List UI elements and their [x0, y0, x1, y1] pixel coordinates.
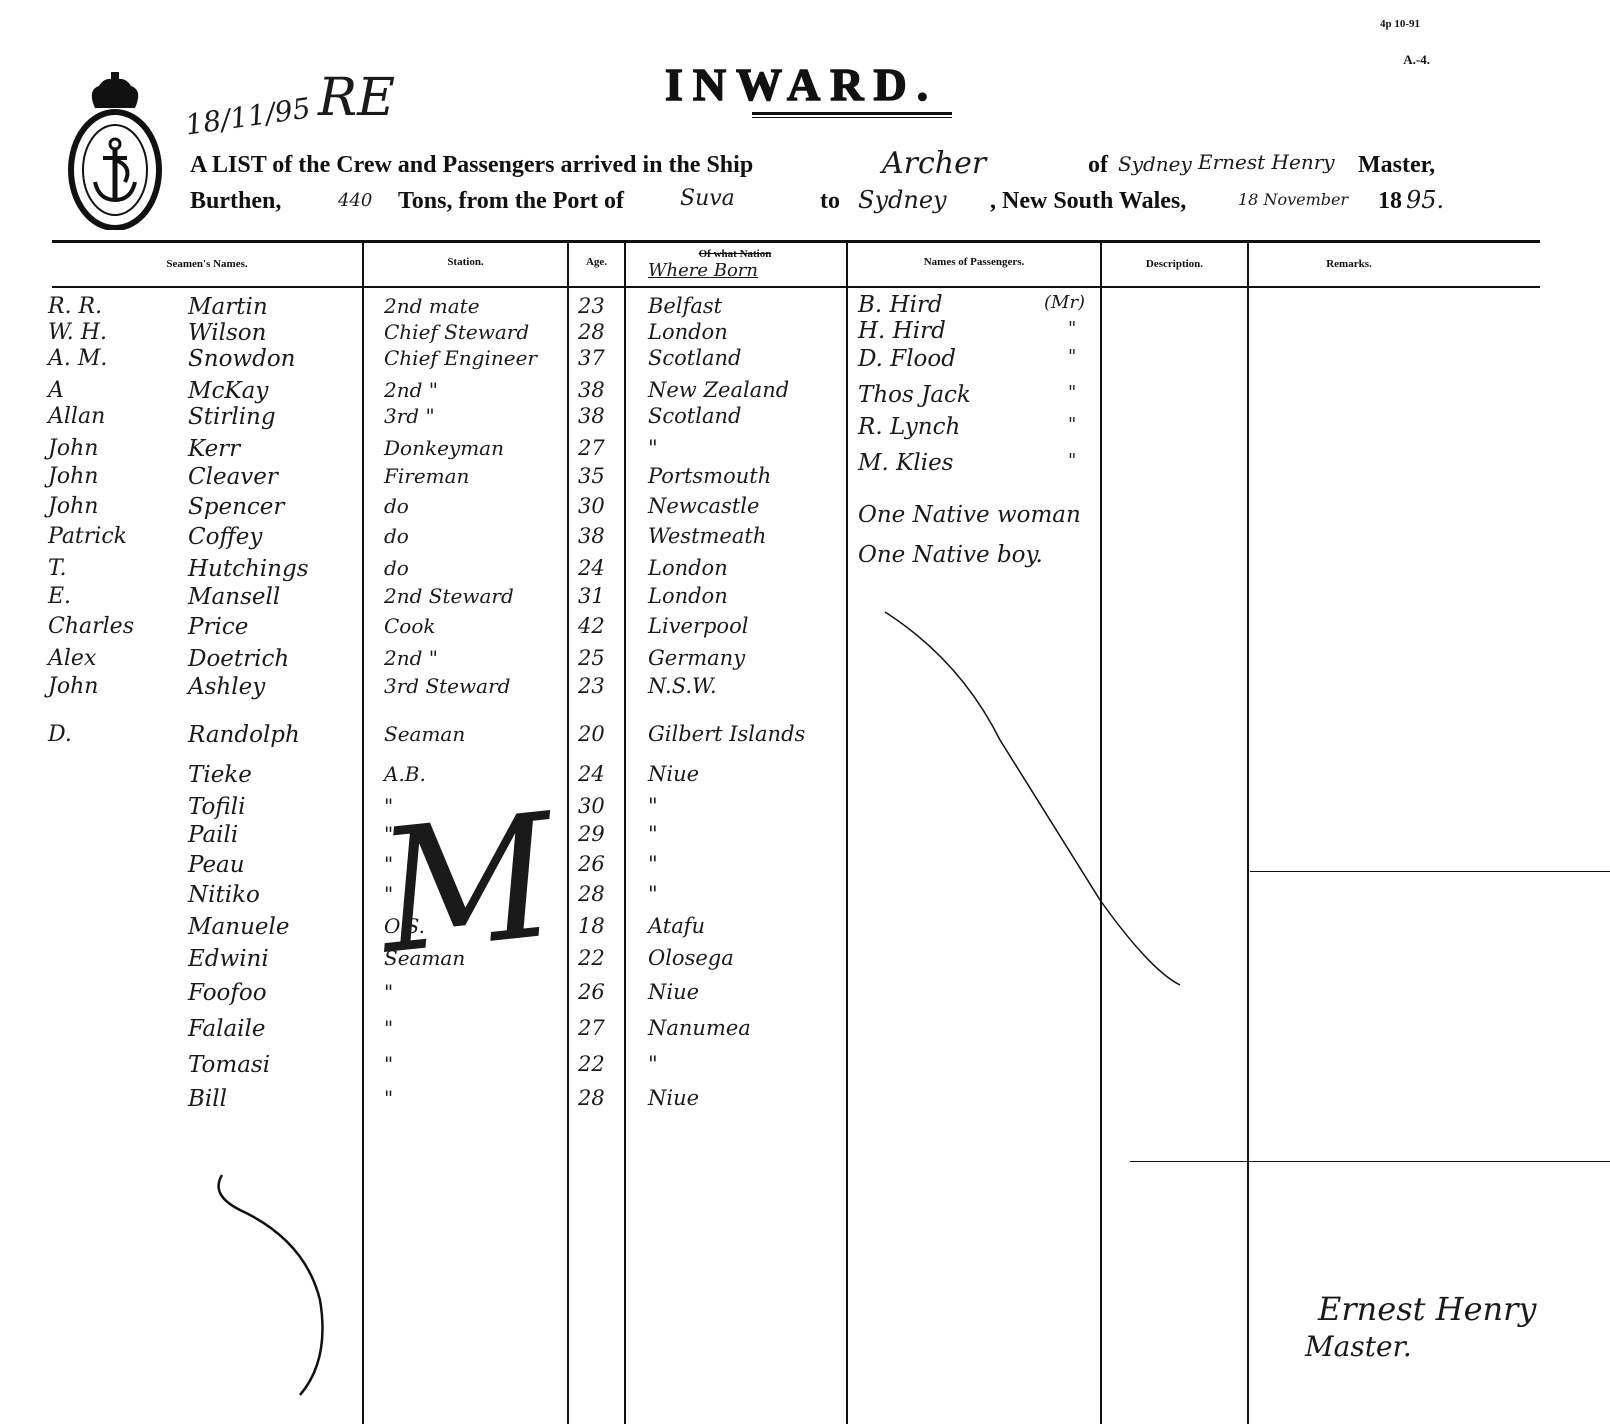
column-header-seamen-names: Seamen's Names. [52, 258, 362, 270]
passenger-name: One Native woman [858, 502, 1081, 528]
crew-age: 23 [578, 674, 605, 698]
crew-birthplace: Scotland [648, 404, 741, 428]
crew-station: 2nd mate [384, 294, 480, 318]
master-label: Master, [1358, 152, 1435, 179]
crew-birthplace: " [648, 882, 658, 906]
crew-birthplace: " [648, 822, 658, 846]
crew-age: 37 [578, 346, 605, 370]
title-underline [752, 112, 952, 115]
crew-age: 38 [578, 404, 605, 428]
crew-station: do [384, 494, 409, 518]
crew-station: " [384, 1052, 393, 1076]
arrival-date: 18 November [1238, 190, 1348, 209]
crew-birthplace: New Zealand [648, 378, 789, 402]
crew-station: 3rd " [384, 404, 435, 428]
column-divider [846, 242, 848, 1424]
crew-surname: Coffey [188, 524, 262, 550]
crew-surname: Cleaver [188, 464, 278, 490]
master-name: Ernest Henry [1198, 150, 1335, 174]
passenger-note: " [1068, 346, 1076, 367]
crew-first-name: John [48, 436, 98, 461]
port-from: Suva [680, 186, 735, 211]
passenger-name: H. Hird [858, 318, 946, 344]
crew-surname: Stirling [188, 404, 276, 430]
home-port: Sydney [1118, 152, 1192, 176]
crew-age: 22 [578, 946, 605, 970]
passenger-name: Thos Jack [858, 382, 971, 408]
crew-age: 25 [578, 646, 605, 670]
crew-station: do [384, 556, 409, 580]
crew-birthplace: Niue [648, 1086, 699, 1110]
margin-mark: M [372, 791, 563, 978]
crew-station: " [384, 1086, 393, 1110]
crew-first-name: John [48, 674, 98, 699]
crew-station: Fireman [384, 464, 469, 488]
master-signature-title: Master. [1305, 1330, 1412, 1363]
crew-birthplace: " [648, 1052, 658, 1076]
crew-birthplace: N.S.W. [648, 674, 717, 698]
crew-age: 38 [578, 378, 605, 402]
crew-surname: Martin [188, 294, 268, 320]
crew-station: 2nd Steward [384, 584, 514, 608]
passenger-note: " [1068, 414, 1076, 435]
crew-age: 26 [578, 980, 605, 1004]
column-header-passengers: Names of Passengers. [848, 256, 1100, 268]
crew-age: 30 [578, 794, 605, 818]
column-header-where-born: Where Born [648, 260, 758, 281]
crew-birthplace: " [648, 436, 658, 460]
crew-first-name: Allan [48, 404, 105, 429]
crew-station: 2nd " [384, 378, 438, 402]
crew-surname: Snowdon [188, 346, 296, 372]
nsw-label: , New South Wales, [990, 188, 1186, 215]
crew-birthplace: London [648, 584, 728, 608]
crew-station: Seaman [384, 722, 465, 746]
crew-birthplace: London [648, 320, 728, 344]
crew-surname: Hutchings [188, 556, 309, 582]
crew-surname: Wilson [188, 320, 266, 346]
crew-birthplace: " [648, 852, 658, 876]
crew-surname: Edwini [188, 946, 269, 972]
passenger-name: D. Flood [858, 346, 956, 372]
row-rule [1250, 871, 1610, 872]
column-divider [362, 242, 364, 1424]
crew-birthplace: Portsmouth [648, 464, 771, 488]
year-printed: 18 [1378, 188, 1402, 215]
passenger-name: One Native boy. [858, 542, 1043, 568]
passenger-note: (Mr) [1044, 292, 1085, 313]
crew-surname: Nitiko [188, 882, 260, 908]
crew-first-name: Patrick [48, 524, 127, 549]
crew-first-name: John [48, 464, 98, 489]
crew-birthplace: London [648, 556, 728, 580]
crew-surname: Spencer [188, 494, 284, 520]
crew-surname: Doetrich [188, 646, 289, 672]
crew-age: 24 [578, 556, 605, 580]
crew-birthplace: Niue [648, 762, 699, 786]
crew-station: " [384, 1016, 393, 1040]
crew-station: 3rd Steward [384, 674, 510, 698]
crew-birthplace: Niue [648, 980, 699, 1004]
crew-surname: Paili [188, 822, 238, 848]
crew-age: 28 [578, 882, 605, 906]
column-header-remarks: Remarks. [1249, 258, 1449, 270]
crew-age: 18 [578, 914, 605, 938]
crew-age: 29 [578, 822, 605, 846]
crew-surname: Peau [188, 852, 245, 878]
receipt-date: 18/11/95 [183, 91, 312, 141]
crew-station: A.B. [384, 762, 426, 786]
crew-first-name: A [48, 378, 64, 403]
column-header-nation-struck: Of what Nation [660, 248, 810, 260]
crew-birthplace: " [648, 794, 658, 818]
passenger-name: B. Hird [858, 292, 943, 318]
crew-first-name: E. [48, 584, 71, 609]
crew-first-name: Charles [48, 614, 134, 639]
header-line-1: A LIST of the Crew and Passengers arrive… [190, 152, 753, 179]
crew-age: 24 [578, 762, 605, 786]
column-divider [1247, 242, 1249, 1424]
crew-surname: McKay [188, 378, 268, 404]
crew-surname: Bill [188, 1086, 227, 1112]
crew-age: 26 [578, 852, 605, 876]
passenger-name: M. Klies [858, 450, 953, 476]
crew-surname: Mansell [188, 584, 280, 610]
crew-station: do [384, 524, 409, 548]
crew-station: Cook [384, 614, 436, 638]
crew-surname: Tofili [188, 794, 245, 820]
crew-surname: Tieke [188, 762, 252, 788]
crew-age: 27 [578, 1016, 605, 1040]
crew-age: 31 [578, 584, 605, 608]
crew-first-name: T. [48, 556, 66, 581]
tons-from-label: Tons, from the Port of [398, 188, 624, 215]
crew-age: 35 [578, 464, 605, 488]
column-divider [567, 242, 569, 1424]
passenger-note: " [1068, 318, 1076, 339]
master-signature: Ernest Henry [1318, 1290, 1536, 1328]
form-number: 4p 10-91 [1380, 18, 1420, 30]
crew-first-name: W. H. [48, 320, 107, 345]
crew-birthplace: Liverpool [648, 614, 748, 638]
crew-station: 2nd " [384, 646, 438, 670]
burthen-label: Burthen, [190, 188, 281, 215]
crew-first-name: R. R. [48, 294, 102, 319]
port-to: Sydney [858, 186, 947, 214]
crew-age: 38 [578, 524, 605, 548]
crew-age: 28 [578, 1086, 605, 1110]
crew-birthplace: Westmeath [648, 524, 766, 548]
crew-surname: Tomasi [188, 1052, 270, 1078]
tonnage: 440 [338, 190, 372, 211]
title-underline-thin [752, 117, 952, 118]
crew-birthplace: Olosega [648, 946, 734, 970]
of-label: of [1088, 152, 1108, 179]
passenger-note: " [1068, 450, 1076, 471]
crew-age: 23 [578, 294, 605, 318]
crew-birthplace: Germany [648, 646, 745, 670]
crew-surname: Ashley [188, 674, 265, 700]
crew-surname: Randolph [188, 722, 300, 748]
passenger-name: R. Lynch [858, 414, 960, 440]
crew-birthplace: Atafu [648, 914, 705, 938]
crew-station: Donkeyman [384, 436, 504, 460]
crew-birthplace: Scotland [648, 346, 741, 370]
crew-surname: Foofoo [188, 980, 267, 1006]
crew-birthplace: Nanumea [648, 1016, 751, 1040]
year-handwritten: 95. [1406, 186, 1444, 214]
crew-age: 30 [578, 494, 605, 518]
crew-age: 28 [578, 320, 605, 344]
marine-department-seal-icon [65, 70, 165, 230]
crew-birthplace: Gilbert Islands [648, 722, 805, 746]
crew-surname: Kerr [188, 436, 240, 462]
clerk-initials: RE [318, 68, 395, 128]
crew-surname: Falaile [188, 1016, 266, 1042]
column-divider [1100, 242, 1102, 1424]
sheet-reference: A.-4. [1403, 52, 1430, 68]
crew-birthplace: Belfast [648, 294, 722, 318]
column-header-description: Description. [1102, 258, 1247, 270]
crew-surname: Manuele [188, 914, 289, 940]
row-rule [1130, 1161, 1610, 1162]
table-top-rule [52, 240, 1540, 243]
crew-first-name: John [48, 494, 98, 519]
passenger-note: " [1068, 382, 1076, 403]
page-title: INWARD. [665, 58, 938, 111]
crew-surname: Price [188, 614, 248, 640]
crew-first-name: D. [48, 722, 72, 747]
crew-station: Chief Steward [384, 320, 529, 344]
column-divider [624, 242, 626, 1424]
crew-station: Chief Engineer [384, 346, 537, 370]
table-header-rule [52, 286, 1540, 288]
crew-age: 42 [578, 614, 605, 638]
crew-first-name: A. M. [48, 346, 107, 371]
crew-first-name: Alex [48, 646, 96, 671]
ship-name: Archer [882, 146, 986, 181]
column-header-station: Station. [364, 256, 567, 268]
crew-age: 27 [578, 436, 605, 460]
to-label: to [820, 188, 840, 215]
crew-age: 20 [578, 722, 605, 746]
column-header-age: Age. [569, 256, 624, 268]
crew-age: 22 [578, 1052, 605, 1076]
crew-birthplace: Newcastle [648, 494, 759, 518]
